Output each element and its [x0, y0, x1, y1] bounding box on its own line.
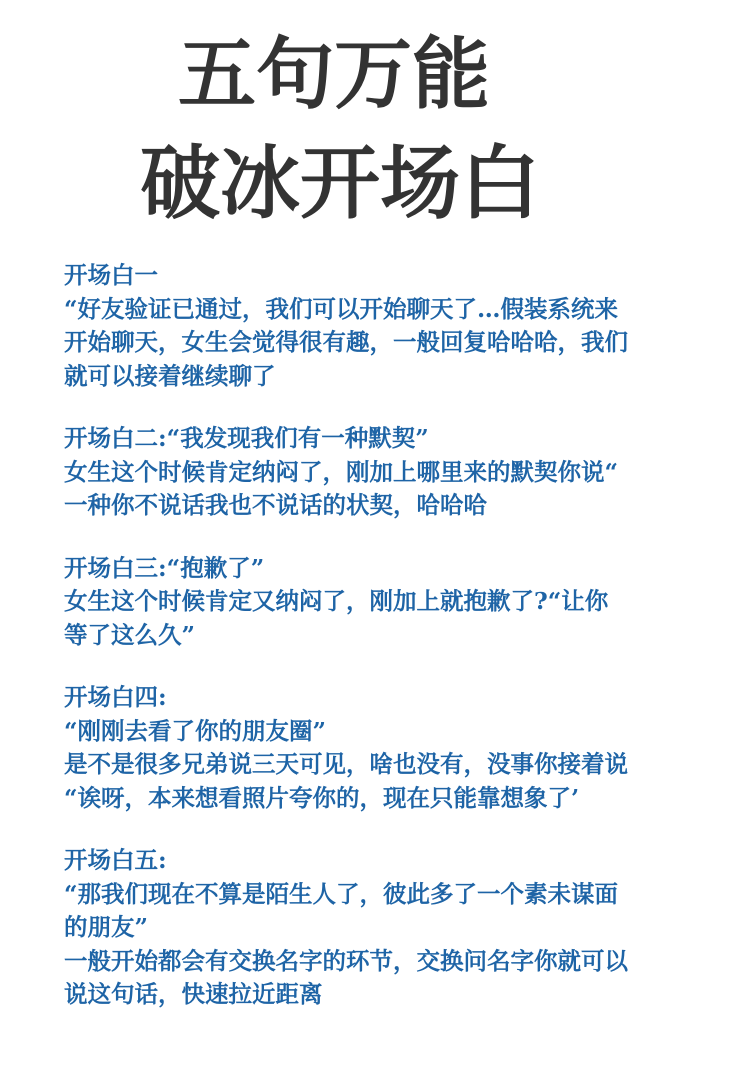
section-line: “刚刚去看了你的朋友圈”: [64, 715, 704, 749]
section-heading: 开场白三:“抱歉了”: [64, 552, 704, 586]
section-line: 就可以接着继续聊了: [64, 360, 704, 394]
section-line: “诶呀，本来想看照片夸你的，现在只能靠想象了’: [64, 782, 704, 816]
page-title-line-2: 破冰开场白: [140, 144, 754, 224]
section-line: 的朋友”: [64, 911, 704, 945]
section-opening-5: 开场白五: “那我们现在不算是陌生人了，彼此多了一个素未谋面 的朋友” 一般开始…: [64, 844, 704, 1012]
section-heading: 开场白二:“我发现我们有一种默契”: [64, 422, 704, 456]
section-line: 女生这个时候肯定纳闷了，刚加上哪里来的默契你说“: [64, 456, 704, 490]
section-line: 女生这个时候肯定又纳闷了，刚加上就抱歉了?“让你: [64, 585, 704, 619]
section-opening-1: 开场白一 “好友验证已通过，我们可以开始聊天了…假装系统来 开始聊天，女生会觉得…: [64, 259, 704, 393]
section-line: 说这句话，快速拉近距离: [64, 978, 704, 1012]
section-heading: 开场白五:: [64, 844, 704, 878]
section-line: 是不是很多兄弟说三天可见，啥也没有，没事你接着说: [64, 748, 704, 782]
content-body: 开场白一 “好友验证已通过，我们可以开始聊天了…假装系统来 开始聊天，女生会觉得…: [64, 259, 704, 1041]
section-line: “好友验证已通过，我们可以开始聊天了…假装系统来: [64, 293, 704, 327]
section-heading: 开场白一: [64, 259, 704, 293]
section-line: 等了这么久”: [64, 619, 704, 653]
section-line: “那我们现在不算是陌生人了，彼此多了一个素未谋面: [64, 878, 704, 912]
section-line: 一种你不说话我也不说话的状契，哈哈哈: [64, 489, 704, 523]
section-line: 开始聊天，女生会觉得很有趣，一般回复哈哈哈，我们: [64, 326, 704, 360]
section-opening-2: 开场白二:“我发现我们有一种默契” 女生这个时候肯定纳闷了，刚加上哪里来的默契你…: [64, 422, 704, 523]
page-title-line-1: 五句万能: [178, 36, 754, 114]
section-line: 一般开始都会有交换名字的环节，交换问名字你就可以: [64, 945, 704, 979]
section-opening-3: 开场白三:“抱歉了” 女生这个时候肯定又纳闷了，刚加上就抱歉了?“让你 等了这么…: [64, 552, 704, 653]
section-opening-4: 开场白四: “刚刚去看了你的朋友圈” 是不是很多兄弟说三天可见，啥也没有，没事你…: [64, 681, 704, 815]
section-heading: 开场白四:: [64, 681, 704, 715]
